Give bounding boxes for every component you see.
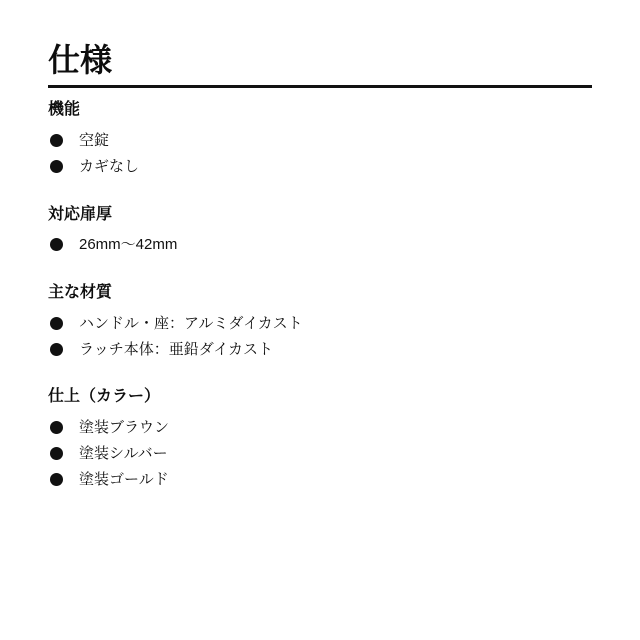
page-title: 仕様 — [48, 43, 592, 78]
list-item: 塗装シルバー — [48, 441, 592, 467]
list-item: ハンドル・座：アルミダイカスト — [48, 310, 592, 336]
spec-page: 仕様 機能 空錠 カギなし 対応扉厚 26mm〜42mm 主な材質 — [0, 0, 640, 640]
list-item: 空錠 — [48, 128, 592, 154]
section-heading-materials: 主な材質 — [48, 284, 592, 302]
bullet-icon — [50, 317, 63, 330]
list-item-text: 塗装ブラウン — [79, 420, 169, 435]
title-divider — [48, 85, 592, 88]
list-item: カギなし — [48, 154, 592, 180]
list-item-text: ハンドル・座：アルミダイカスト — [79, 316, 303, 331]
section-materials: 主な材質 ハンドル・座：アルミダイカスト ラッチ本体：亜鉛ダイカスト — [48, 284, 592, 362]
bullet-icon — [50, 134, 63, 147]
list-item-text: 空錠 — [79, 133, 109, 148]
section-finish-colors: 仕上（カラー） 塗装ブラウン 塗装シルバー 塗装ゴールド — [48, 388, 592, 492]
spec-list-finish-colors: 塗装ブラウン 塗装シルバー 塗装ゴールド — [48, 415, 592, 493]
spec-list-materials: ハンドル・座：アルミダイカスト ラッチ本体：亜鉛ダイカスト — [48, 310, 592, 362]
section-heading-functions: 機能 — [48, 101, 592, 119]
section-functions: 機能 空錠 カギなし — [48, 101, 592, 179]
list-item-text: 塗装ゴールド — [79, 472, 169, 487]
list-item-text: 26mm〜42mm — [79, 237, 177, 252]
bullet-icon — [50, 421, 63, 434]
section-door-thickness: 対応扉厚 26mm〜42mm — [48, 206, 592, 258]
bullet-icon — [50, 343, 63, 356]
list-item-text: ラッチ本体：亜鉛ダイカスト — [79, 342, 273, 357]
list-item: 塗装ゴールド — [48, 467, 592, 493]
bullet-icon — [50, 447, 63, 460]
list-item: ラッチ本体：亜鉛ダイカスト — [48, 336, 592, 362]
list-item-text: 塗装シルバー — [79, 446, 168, 461]
spec-list-door-thickness: 26mm〜42mm — [48, 232, 592, 258]
bullet-icon — [50, 160, 63, 173]
section-heading-finish-colors: 仕上（カラー） — [48, 388, 592, 406]
bullet-icon — [50, 473, 63, 486]
bullet-icon — [50, 238, 63, 251]
spec-list-functions: 空錠 カギなし — [48, 128, 592, 180]
list-item: 26mm〜42mm — [48, 232, 592, 258]
list-item: 塗装ブラウン — [48, 415, 592, 441]
section-heading-door-thickness: 対応扉厚 — [48, 206, 592, 224]
list-item-text: カギなし — [79, 159, 139, 174]
